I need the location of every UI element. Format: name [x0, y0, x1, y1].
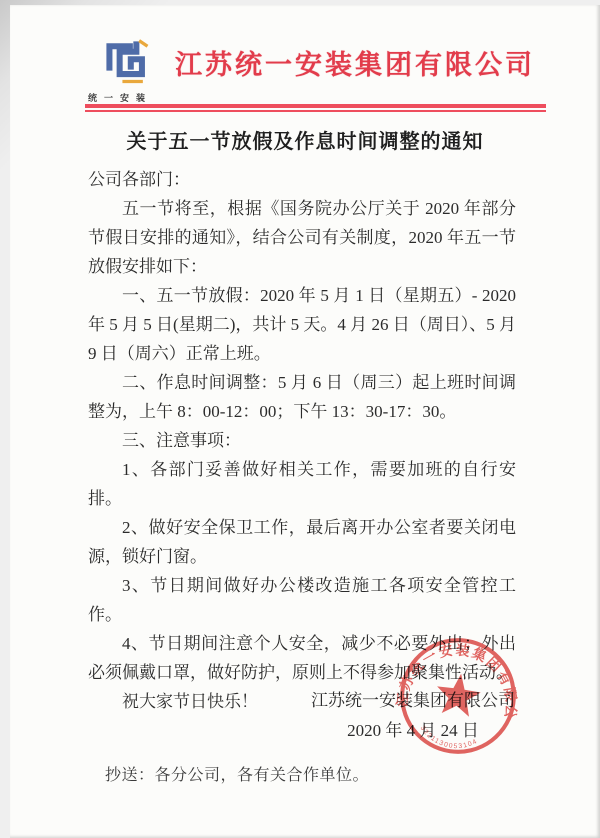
document-page: 统一安装 江苏统一安装集团有限公司 关于五一节放假及作息时间调整的通知 公司各部… [10, 5, 600, 838]
paragraph: 一、五一节放假：2020 年 5 月 1 日（星期五）- 2020 年 5 月 … [88, 281, 516, 368]
logo-caption: 统一安装 [88, 91, 178, 104]
paragraph: 三、注意事项： [88, 426, 516, 455]
company-logo-icon [95, 36, 161, 88]
signature-block: 江苏统一安装集团有限公司 2020 年 4 月 24 日 [311, 686, 515, 746]
paragraph: 4、节日期间注意个人安全，减少不必要外出；外出必须佩戴口罩，做好防护，原则上不得… [88, 629, 516, 687]
signature-company: 江苏统一安装集团有限公司 [311, 686, 515, 716]
paragraph: 二、作息时间调整：5 月 6 日（周三）起上班时间调整为，上午 8：00-12：… [88, 368, 516, 426]
paragraph: 五一节将至，根据《国务院办公厅关于 2020 年部分节假日安排的通知》，结合公司… [88, 194, 516, 281]
doc-body: 公司各部门： 五一节将至，根据《国务院办公厅关于 2020 年部分节假日安排的通… [88, 165, 516, 716]
header-rule [85, 104, 546, 112]
salutation: 公司各部门： [88, 165, 516, 194]
cc-line: 抄送：各分公司，各有关合作单位。 [105, 762, 369, 785]
paragraph: 3、节日期间做好办公楼改造施工各项安全管控工作。 [88, 571, 516, 629]
company-name: 江苏统一安装集团有限公司 [175, 43, 525, 82]
paragraph: 1、各部门妥善做好相关工作，需要加班的自行安排。 [88, 455, 516, 513]
doc-title: 关于五一节放假及作息时间调整的通知 [10, 125, 600, 154]
paragraph: 2、做好安全保卫工作，最后离开办公室者要关闭电源，锁好门窗。 [88, 513, 516, 571]
signature-date: 2020 年 4 月 24 日 [311, 716, 515, 746]
